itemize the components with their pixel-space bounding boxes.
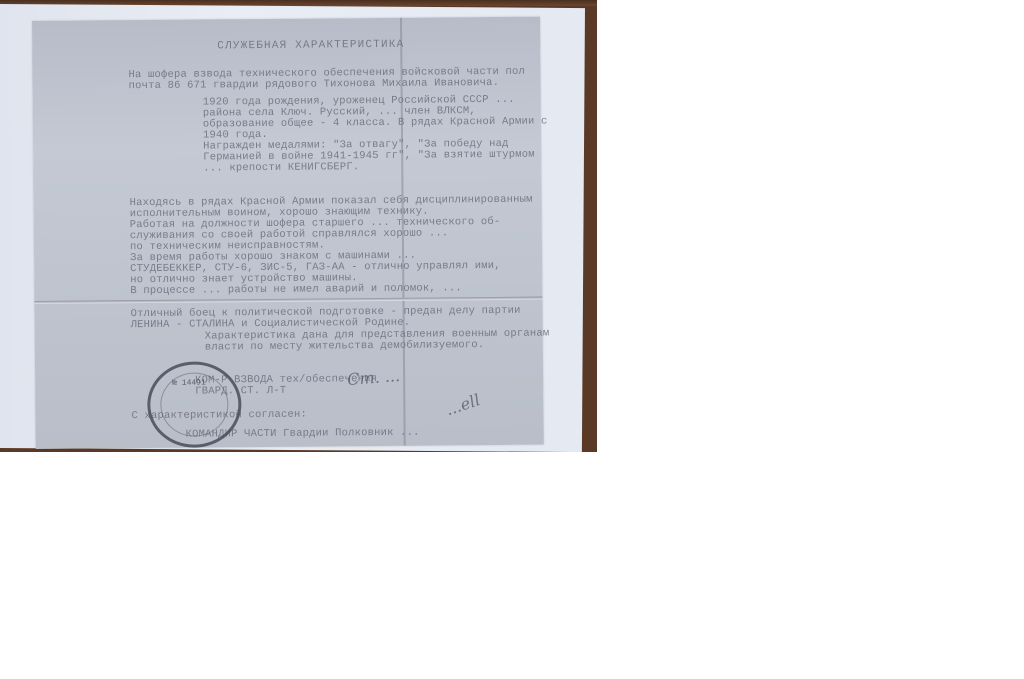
bio-paragraph: 1920 года рождения, уроженец Российской … <box>203 95 548 175</box>
body-paragraph: Находясь в рядах Красной Армии показал с… <box>130 195 534 332</box>
text-line: ... крепости КЕНИГСБЕРГ. <box>203 161 548 175</box>
stamp-text: № 14491 <box>172 378 206 387</box>
official-stamp-icon: № 14491 <box>147 361 242 448</box>
text-line: власти по месту жительства демобилизуемо… <box>205 339 550 353</box>
document-photo: СЛУЖЕБНАЯ ХАРАКТЕРИСТИКА На шофера взвод… <box>0 0 597 452</box>
signature-approval: ...ell <box>443 390 482 419</box>
document-title: СЛУЖЕБНАЯ ХАРАКТЕРИСТИКА <box>217 40 404 53</box>
purpose-paragraph: Характеристика дана для представления во… <box>205 328 550 353</box>
signature-commander: Ст. ... <box>346 366 400 389</box>
intro-paragraph: На шофера взвода технического обеспечени… <box>128 67 525 92</box>
text-line: почта 86 671 гвардии рядового Тихонова М… <box>129 78 526 92</box>
document-sheet: СЛУЖЕБНАЯ ХАРАКТЕРИСТИКА На шофера взвод… <box>32 17 544 449</box>
